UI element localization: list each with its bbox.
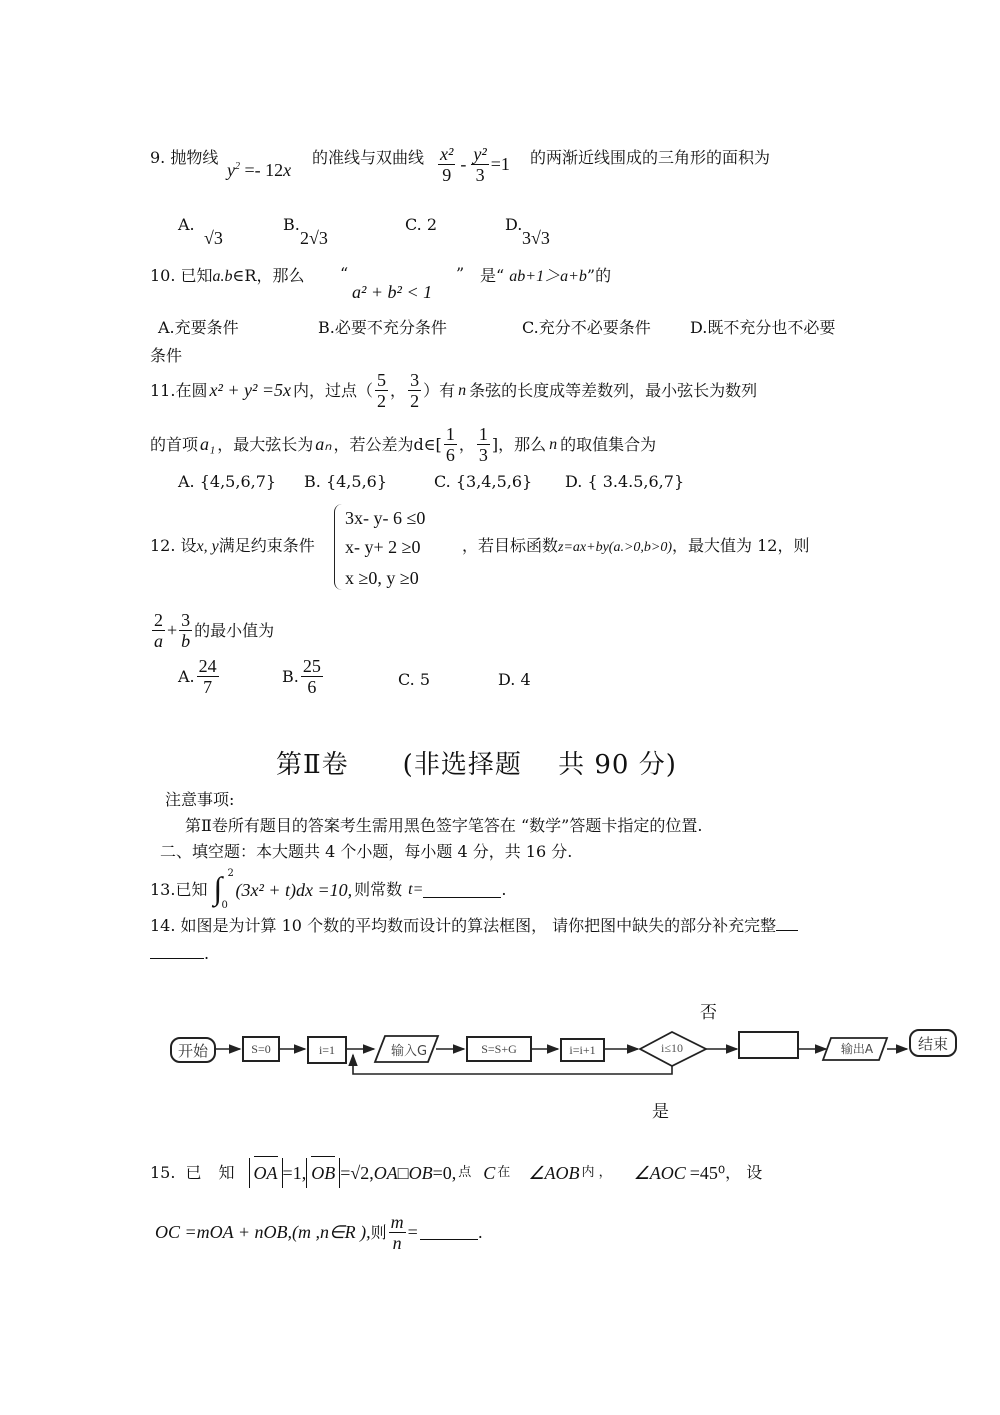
q15-answer-blank[interactable] [420,1225,478,1240]
flowchart-i-init: i=1 [307,1036,347,1064]
question-10-text: 10. 已知a.b∈R，那么 [150,266,304,287]
question-13: 13. 已知 ∫ 2 0 (3x² + t)dx =10, 则常数 t= . [150,870,507,910]
flowchart-yes-label: 是 [652,1097,669,1122]
q13-answer-blank[interactable] [423,883,501,898]
flowchart-sum: S=S+G [466,1036,532,1062]
q9-option-a-label: A. [178,215,195,235]
question-12-text: 12. 设x, y满足约束条件 [150,536,315,557]
flowchart: 开始 S=0 i=1 输入G S=S+G i=i+1 i≤10 输出A 结束 否… [0,0,1000,1415]
q9-option-b-label: B. [283,215,300,235]
q12-constraint-2: x- y+ 2 ≥0 [345,537,421,558]
flowchart-missing-box[interactable] [738,1031,799,1059]
q10-quote-close: ” [456,264,464,284]
flowchart-condition-label: i≤10 [654,1041,690,1056]
q10-option-d-wrap: 条件 [150,346,182,366]
fill-in-section-heading: 二、填空题：本大题共 4 个小题，每小题 4 分，共 16 分. [160,842,572,862]
flowchart-no-label: 否 [700,998,717,1023]
q11-option-c: C. {3,4,5,6} [434,472,532,492]
q9-option-b-value: 2√3 [300,228,328,249]
question-11-line-1: 11. 在圆 x² + y² =5x 内，过点（ 52 ， 32 ）有n条弦的长… [150,370,757,411]
q12-expression: 2a + 3b 的最小值为 [150,610,274,651]
question-14-text: 14. 如图是为计算 10 个数的平均数而设计的算法框图， 请你把图中缺失的部分… [150,916,798,936]
q11-option-a: A. {4,5,6,7} [178,472,276,492]
q10-option-c: C.充分不必要条件 [522,318,651,338]
q9-option-a-value: √3 [204,228,223,249]
flowchart-increment: i=i+1 [560,1038,605,1062]
question-15-line-2: OC =mOA + nOB,(m ,n∈R ), 则 mn = . [155,1212,483,1253]
q10-option-a: A.充要条件 [158,318,239,338]
q12-option-d: D. 4 [498,670,531,690]
q9-parabola-equation: y2 =- 12x [227,160,291,181]
flowchart-connectors [0,0,1000,1415]
q12-constraint-brace [334,504,345,590]
flowchart-input-label: 输入G [386,1040,432,1059]
q9-option-d-value: 3√3 [522,228,550,249]
q9-option-c: C. 2 [405,215,437,235]
q14-answer-blank-2[interactable]: . [150,944,209,964]
question-15-line-1: 15. 已 知 OA =1, OB =√2, OA□OB =0, 点 C 在 ∠… [150,1158,762,1188]
q10-option-d: D.既不充分也不必要 [690,318,835,338]
question-9-text: 9. 抛物线 [150,148,218,168]
flowchart-output-label: 输出A [834,1040,880,1057]
q12-constraint-3: x ≥0, y ≥0 [345,568,419,589]
q12-constraint-1: 3x- y- 6 ≤0 [345,508,425,529]
question-11-line-2: 的首项 a₁ ，最大弦长为 aₙ ，若公差为d∈[ 16 ， 13 ]，那么n的… [150,424,656,465]
q9-text-3: 的两渐近线围成的三角形的面积为 [530,148,770,168]
integral-sign: ∫ 2 0 [213,870,235,910]
flowchart-start: 开始 [170,1037,216,1063]
flowchart-end: 结束 [909,1029,957,1057]
notes-title: 注意事项: [165,790,234,810]
q14-answer-blank-1[interactable] [776,916,798,931]
q11-option-d: D. { 3.4.5,6,7} [565,472,684,492]
notes-body: 第Ⅱ卷所有题目的答案考生需用黑色签字笔答在 “数学”答题卡指定的位置. [185,816,702,836]
q12-text-2: ，若目标函数z=ax+by(a.>0,b>0)，最大值为 12，则 [462,536,809,558]
q12-option-a: A. 247 [178,656,221,697]
q10-option-b: B.必要不充分条件 [318,318,447,338]
q9-text-2: 的准线与双曲线 [312,148,424,168]
q11-option-b: B. {4,5,6} [304,472,387,492]
q12-option-b: B. 256 [282,656,325,697]
flowchart-s-init: S=0 [242,1036,280,1062]
q12-option-c: C. 5 [398,670,430,690]
q10-quote-open: “ [340,264,348,284]
q10-text-2: 是“ ab+1＞a+b”的 [480,266,611,287]
q10-condition: a² + b² < 1 [352,282,432,303]
q9-hyperbola-equation: x²9 - y²3 =1 [436,144,510,185]
q9-option-d-label: D. [505,215,522,235]
part-2-title: 第Ⅱ卷 (非选择题 共 90 分) [276,744,677,781]
